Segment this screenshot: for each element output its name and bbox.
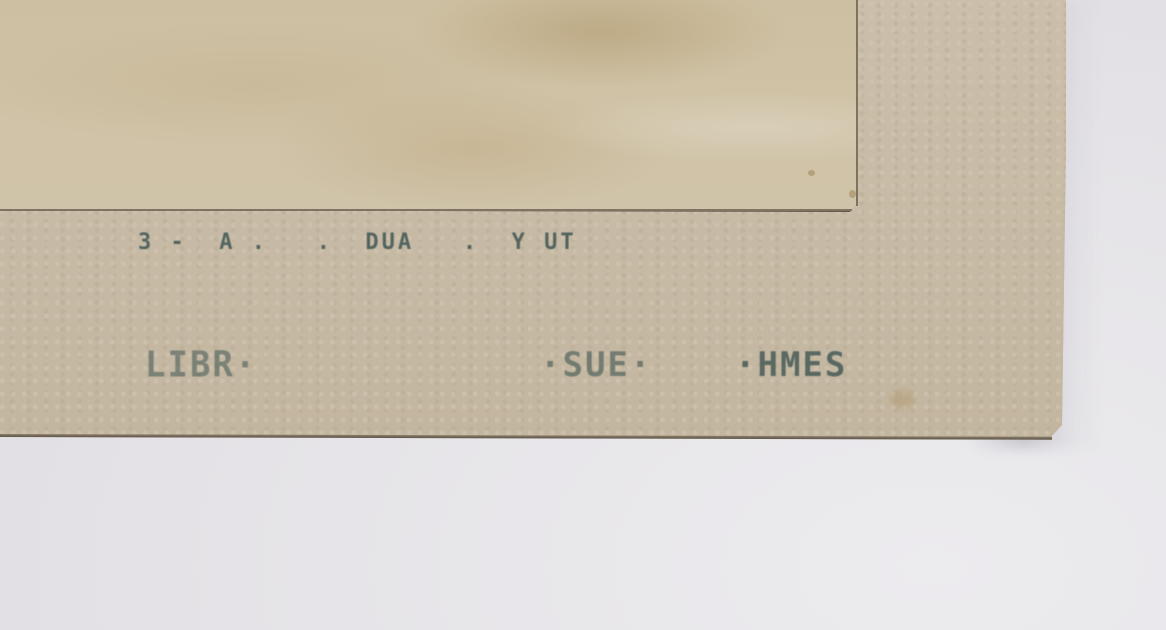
photo-print <box>0 0 858 212</box>
photo-right-edge <box>856 0 858 206</box>
stain-spot <box>849 190 856 198</box>
studio-stamp-bottom-left: LIBR· <box>145 344 257 386</box>
foxing-spot <box>890 390 914 408</box>
photo-bottom-edge <box>0 209 852 211</box>
studio-stamp-bottom-middle: ·SUE· <box>540 345 652 385</box>
studio-stamp-bottom-right: ·HMES <box>735 345 847 385</box>
studio-stamp-top-line: 3 - A . . DUA . Y UT <box>138 230 577 255</box>
stain-spot <box>808 170 815 176</box>
